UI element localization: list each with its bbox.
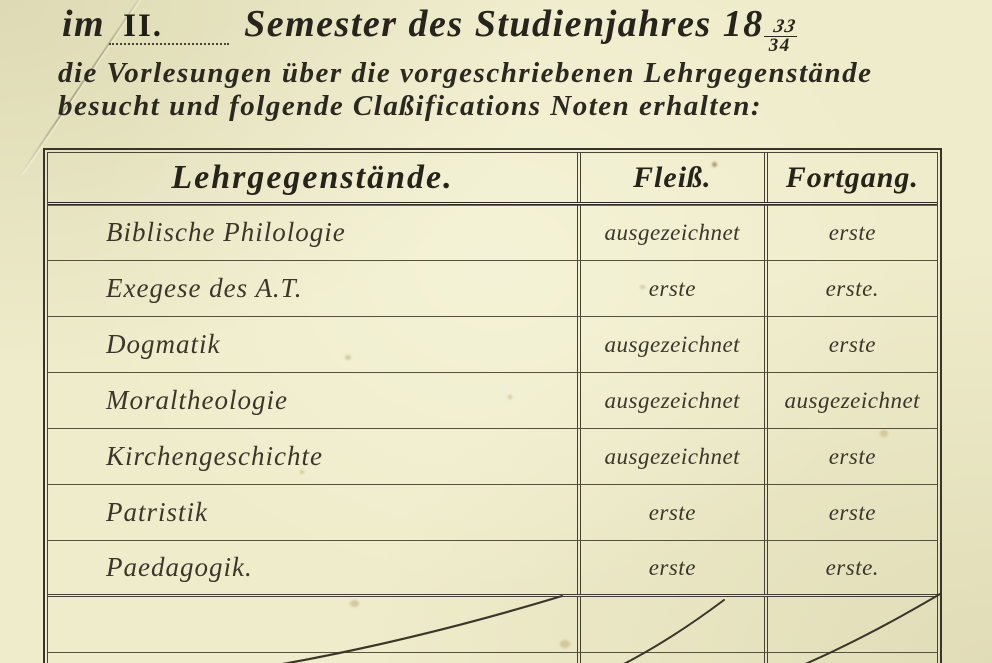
table-row: Biblische Philologie ausgezeichnet erste bbox=[48, 205, 937, 261]
subject-name: Kirchengeschichte bbox=[48, 441, 323, 472]
intro-text-line-2: besucht und folgende Claßifications Note… bbox=[58, 90, 988, 123]
table-row: Kirchengeschichte ausgezeichnet erste bbox=[48, 429, 937, 485]
subject-name: Exegese des A.T. bbox=[48, 273, 302, 304]
year-fraction: 3334 bbox=[766, 18, 799, 55]
table-row: Moraltheologie ausgezeichnet ausgezeichn… bbox=[48, 373, 937, 429]
table-row: Paedagogik. erste erste. bbox=[48, 541, 937, 597]
headline-semester-line: imII. Semester des Studienjahres 183334 bbox=[62, 2, 982, 46]
progress-grade: ausgezeichnet bbox=[785, 388, 921, 414]
subject-name: Dogmatik bbox=[48, 329, 220, 360]
headline-prefix: im bbox=[62, 3, 105, 45]
intro-text-line-1: die Vorlesungen über die vorgeschriebene… bbox=[58, 57, 988, 90]
column-header-diligence: Fleiß. bbox=[633, 161, 712, 195]
progress-grade: erste. bbox=[826, 555, 879, 581]
column-header-subjects: Lehrgegenstände. bbox=[171, 159, 453, 197]
diligence-grade: erste bbox=[649, 555, 696, 581]
headline-rest: Semester des Studienjahres 18 bbox=[244, 3, 764, 45]
header-cell-diligence: Fleiß. bbox=[577, 153, 764, 202]
header-cell-subjects: Lehrgegenstände. bbox=[48, 153, 577, 202]
diligence-grade: ausgezeichnet bbox=[605, 388, 741, 414]
progress-grade: erste bbox=[829, 220, 876, 246]
table-row-empty bbox=[48, 597, 937, 653]
diligence-grade: ausgezeichnet bbox=[605, 332, 741, 358]
grade-table: Lehrgegenstände. Fleiß. Fortgang. Biblis… bbox=[47, 152, 938, 663]
diligence-grade: ausgezeichnet bbox=[605, 220, 741, 246]
progress-grade: erste bbox=[829, 500, 876, 526]
year-fraction-numerator: 33 bbox=[764, 18, 801, 37]
subject-name: Biblische Philologie bbox=[48, 217, 346, 248]
semester-entry-value: II. bbox=[123, 8, 163, 44]
diligence-grade: erste bbox=[649, 500, 696, 526]
table-row: Exegese des A.T. erste erste. bbox=[48, 261, 937, 317]
table-header-row: Lehrgegenstände. Fleiß. Fortgang. bbox=[48, 153, 937, 205]
grade-table-border: Lehrgegenstände. Fleiß. Fortgang. Biblis… bbox=[43, 148, 942, 663]
diligence-grade: ausgezeichnet bbox=[605, 444, 741, 470]
year-fraction-denominator: 34 bbox=[766, 37, 799, 55]
progress-grade: erste. bbox=[826, 276, 879, 302]
progress-grade: erste bbox=[829, 332, 876, 358]
scanned-document-page: imII. Semester des Studienjahres 183334 … bbox=[0, 0, 992, 663]
semester-blank-field: II. bbox=[109, 5, 229, 45]
subject-name: Paedagogik. bbox=[48, 552, 253, 583]
table-row-empty bbox=[48, 653, 937, 663]
header-cell-progress: Fortgang. bbox=[764, 153, 937, 202]
progress-grade: erste bbox=[829, 444, 876, 470]
column-header-progress: Fortgang. bbox=[786, 161, 919, 195]
subject-name: Moraltheologie bbox=[48, 385, 288, 416]
table-row: Patristik erste erste bbox=[48, 485, 937, 541]
diligence-grade: erste bbox=[649, 276, 696, 302]
table-row: Dogmatik ausgezeichnet erste bbox=[48, 317, 937, 373]
subject-name: Patristik bbox=[48, 497, 208, 528]
